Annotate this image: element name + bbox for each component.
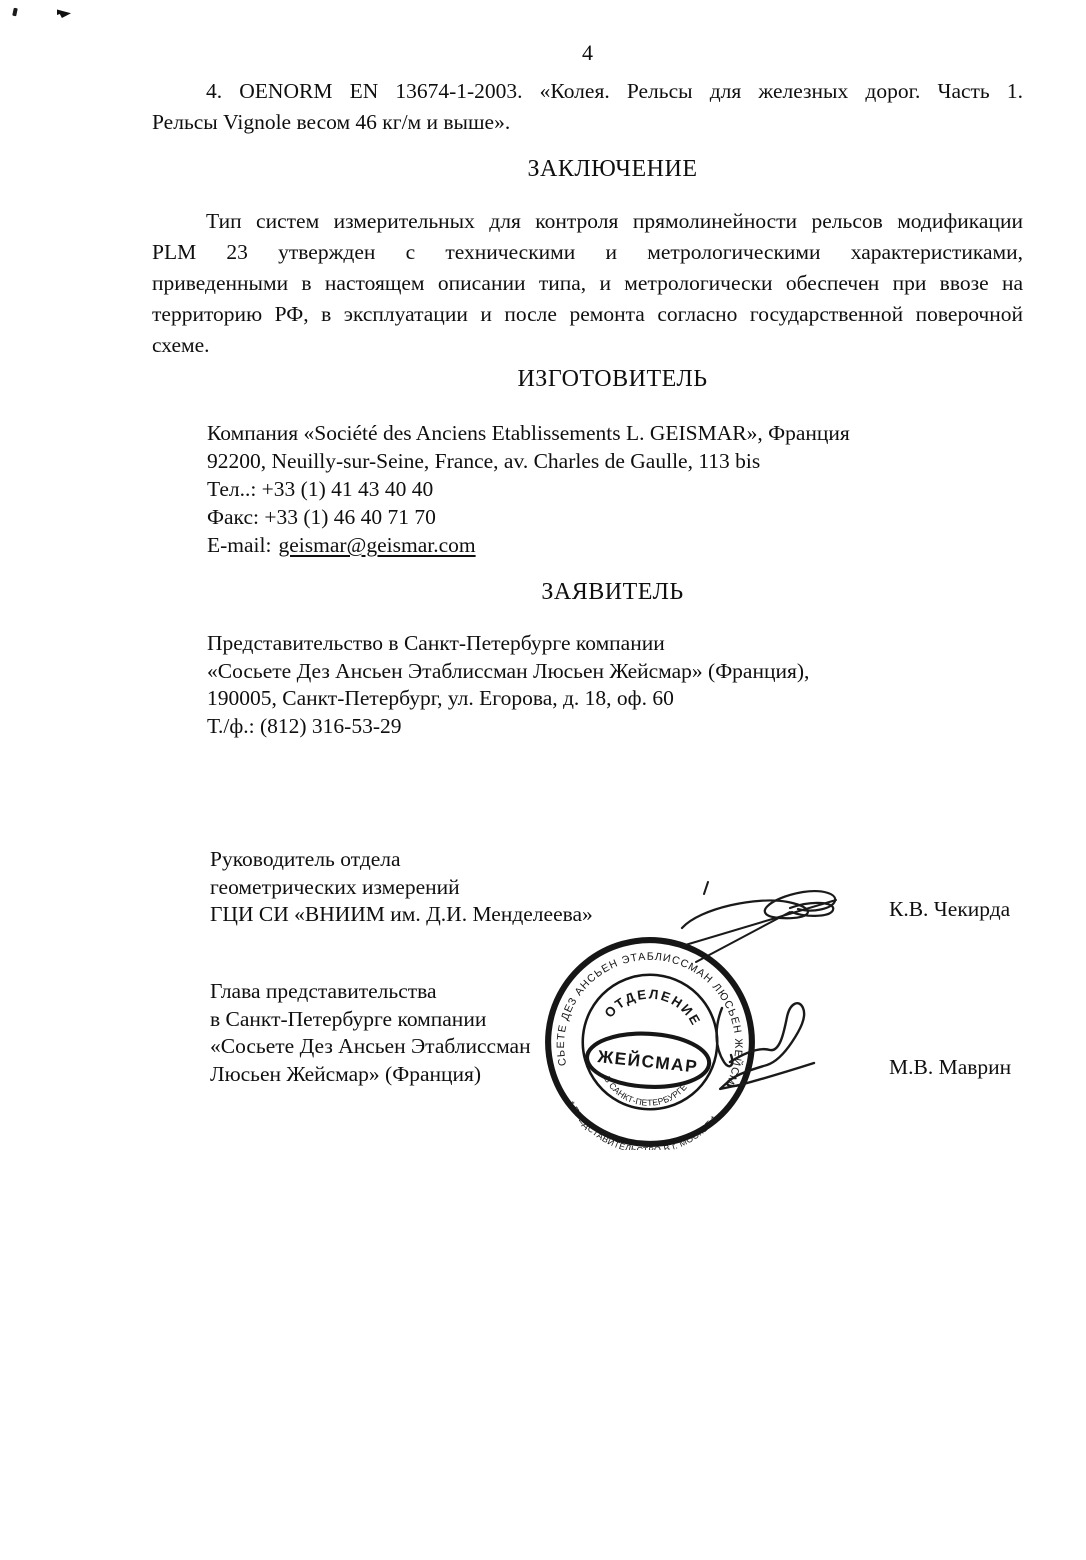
text-line: Т./ф.: (812) 316-53-29 xyxy=(207,713,809,741)
scan-artifact-dot xyxy=(12,8,18,17)
text-line: 4. OENORM EN 13674-1-2003. «Колея. Рельс… xyxy=(152,76,1023,107)
text-line: «Сосьете Дез Ансьен Этаблиссман xyxy=(210,1033,531,1061)
text-line: Рельсы Vignole весом 46 кг/м и выше». xyxy=(152,107,1023,138)
text-line: ГЦИ СИ «ВНИИМ им. Д.И. Менделеева» xyxy=(210,901,593,929)
section-heading-conclusion: ЗАКЛЮЧЕНИЕ xyxy=(152,156,1023,183)
text-line: 190005, Санкт-Петербург, ул. Егорова, д.… xyxy=(207,685,809,713)
page-number: 4 xyxy=(152,40,1023,66)
text-line: геометрических измерений xyxy=(210,874,593,902)
conclusion-paragraph: Тип систем измерительных для контроля пр… xyxy=(152,206,1023,361)
text-line: схеме. xyxy=(152,330,1023,361)
section-heading-manufacturer: ИЗГОТОВИТЕЛЬ xyxy=(152,366,1023,393)
text-line: Руководитель отдела xyxy=(210,846,593,874)
signatory-1-name: К.В. Чекирда xyxy=(889,897,1010,922)
email-label: E-mail: xyxy=(207,533,271,557)
signature-2-main-loop xyxy=(727,1003,814,1086)
reference-item-paragraph: 4. OENORM EN 13674-1-2003. «Колея. Рельс… xyxy=(152,76,1023,138)
stamp-oval-text: ЖЕЙСМАР xyxy=(596,1046,700,1077)
manufacturer-email-line: E-mail:geismar@geismar.com xyxy=(207,531,850,559)
signature-1-tick xyxy=(704,882,708,894)
signature-2 xyxy=(700,992,830,1092)
manufacturer-details: Компания «Société des Anciens Etablissem… xyxy=(207,419,850,559)
signature-1-loop xyxy=(790,903,833,916)
signatory-1-title: Руководитель отделагеометрических измере… xyxy=(210,846,593,929)
text-line: территорию РФ, в эксплуатации и после ре… xyxy=(152,299,1023,330)
text-line: Представительство в Санкт-Петербурге ком… xyxy=(207,630,809,658)
stamp-inner-bottom-text: В САНКТ-ПЕТЕРБУРГЕ xyxy=(600,1073,690,1112)
signatory-2-name: М.В. Маврин xyxy=(889,1055,1011,1080)
signature-1-stroke-a xyxy=(682,900,836,946)
manufacturer-fax-line: Факс: +33 (1) 46 40 71 70 xyxy=(207,503,850,531)
manufacturer-company-line: Компания «Société des Anciens Etablissem… xyxy=(207,419,850,447)
text-line: Люсьен Жейсмар» (Франция) xyxy=(210,1061,531,1089)
text-line: «Сосьете Дез Ансьен Этаблиссман Люсьен Ж… xyxy=(207,658,809,686)
text-line: PLM 23 утвержден с техническими и метрол… xyxy=(152,237,1023,268)
signatory-2-title: Глава представительствав Санкт-Петербург… xyxy=(210,978,531,1088)
signature-2-zigzag xyxy=(720,1080,744,1089)
section-heading-applicant: ЗАЯВИТЕЛЬ xyxy=(152,579,1023,606)
signature-1 xyxy=(640,868,860,980)
scanned-document-page: 4 4. OENORM EN 13674-1-2003. «Колея. Рел… xyxy=(0,0,1086,1560)
text-line: в Санкт-Петербурге компании xyxy=(210,1006,531,1034)
manufacturer-address-line: 92200, Neuilly-sur-Seine, France, av. Ch… xyxy=(207,447,850,475)
signature-2-left-squiggle xyxy=(717,1008,733,1066)
text-line: Глава представительства xyxy=(210,978,531,1006)
manufacturer-phone-line: Тел..: +33 (1) 41 43 40 40 xyxy=(207,475,850,503)
scan-artifact-arrow xyxy=(57,8,71,18)
text-line: приведенными в настоящем описании типа, … xyxy=(152,268,1023,299)
email-link: geismar@geismar.com xyxy=(278,533,475,557)
text-line: Тип систем измерительных для контроля пр… xyxy=(152,206,1023,237)
applicant-details: Представительство в Санкт-Петербурге ком… xyxy=(207,630,809,740)
